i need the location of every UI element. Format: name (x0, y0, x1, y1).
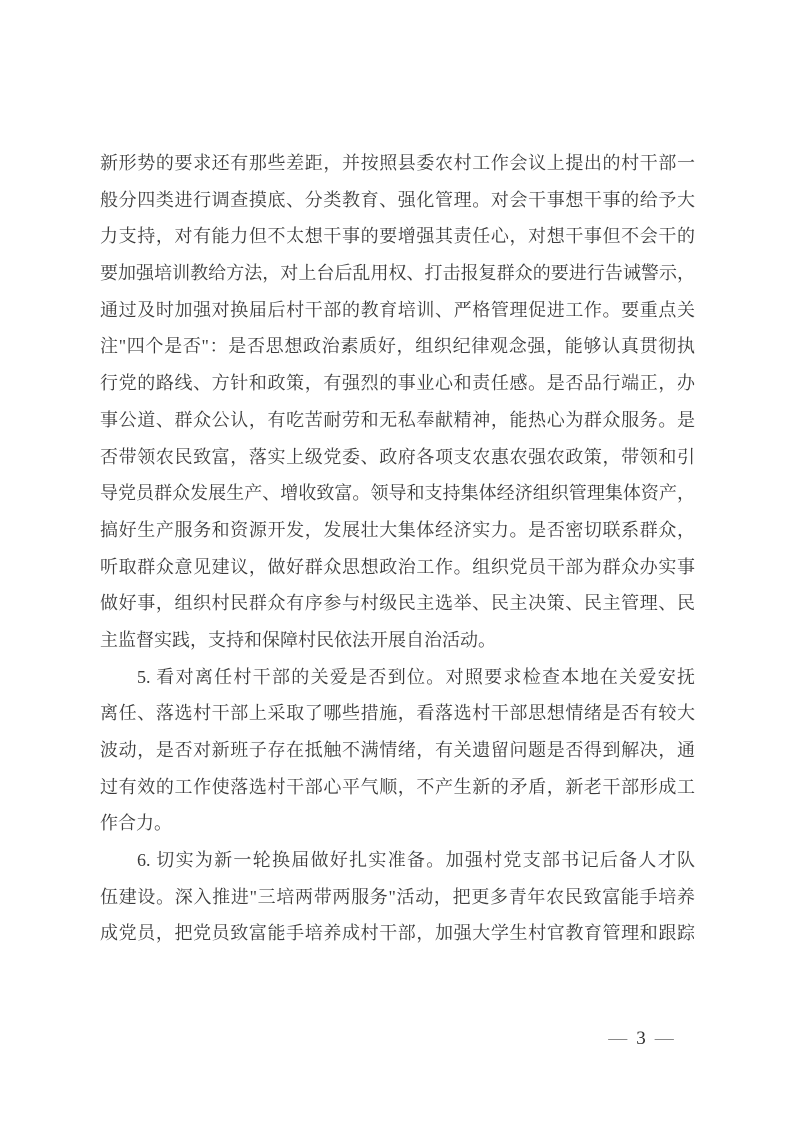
text-line: 伍建设。深入推进"三培两带两服务"活动，把更多青年农民致富能手培养 (100, 879, 695, 916)
page-number-value: 3 (636, 1028, 646, 1049)
text-line: 搞好生产服务和资源开发，发展壮大集体经济实力。是否密切联系群众， (100, 512, 695, 549)
text-line: 听取群众意见建议，做好群众思想政治工作。组织党员干部为群众办实事 (100, 549, 695, 586)
body-text: 新形势的要求还有那些差距，并按照县委农村工作会议上提出的村干部一 般分四类进行调… (100, 145, 695, 952)
text-line: 导党员群众发展生产、增收致富。领导和支持集体经济组织管理集体资产， (100, 475, 695, 512)
page-number-left-dash: — (608, 1028, 627, 1049)
text-line: 否带领农民致富，落实上级党委、政府各项支农惠农强农政策，带领和引 (100, 439, 695, 476)
text-line-paragraph-end: 主监督实践，支持和保障村民依法开展自治活动。 (100, 622, 695, 659)
text-line: 行党的路线、方针和政策，有强烈的事业心和责任感。是否品行端正，办 (100, 365, 695, 402)
page-number-right-dash: — (655, 1028, 674, 1049)
text-line: 注"四个是否"：是否思想政治素质好，组织纪律观念强，能够认真贯彻执 (100, 328, 695, 365)
text-line: 成党员，把党员致富能手培养成村干部，加强大学生村官教育管理和跟踪 (100, 915, 695, 952)
text-line: 做好事，组织村民群众有序参与村级民主选举、民主决策、民主管理、民 (100, 585, 695, 622)
text-line: 要加强培训教给方法，对上台后乱用权、打击报复群众的要进行告诫警示， (100, 255, 695, 292)
text-line-item-5-start: 5. 看对离任村干部的关爱是否到位。对照要求检查本地在关爱安抚 (100, 659, 695, 696)
text-line: 通过及时加强对换届后村干部的教育培训、严格管理促进工作。要重点关 (100, 292, 695, 329)
text-line-item-6-start: 6. 切实为新一轮换届做好扎实准备。加强村党支部书记后备人才队 (100, 842, 695, 879)
page-number: —3— (596, 1028, 686, 1050)
text-line: 过有效的工作使落选村干部心平气顺，不产生新的矛盾，新老干部形成工 (100, 769, 695, 806)
text-line: 新形势的要求还有那些差距，并按照县委农村工作会议上提出的村干部一 (100, 145, 695, 182)
text-line: 力支持，对有能力但不太想干事的要增强其责任心，对想干事但不会干的 (100, 218, 695, 255)
text-line: 般分四类进行调查摸底、分类教育、强化管理。对会干事想干事的给予大 (100, 182, 695, 219)
text-line: 波动，是否对新班子存在抵触不满情绪，有关遗留问题是否得到解决，通 (100, 732, 695, 769)
text-line: 离任、落选村干部上采取了哪些措施，看落选村干部思想情绪是否有较大 (100, 695, 695, 732)
text-line: 事公道、群众公认，有吃苦耐劳和无私奉献精神，能热心为群众服务。是 (100, 402, 695, 439)
document-page: 新形势的要求还有那些差距，并按照县委农村工作会议上提出的村干部一 般分四类进行调… (0, 0, 793, 1122)
text-line-paragraph-end: 作合力。 (100, 805, 695, 842)
